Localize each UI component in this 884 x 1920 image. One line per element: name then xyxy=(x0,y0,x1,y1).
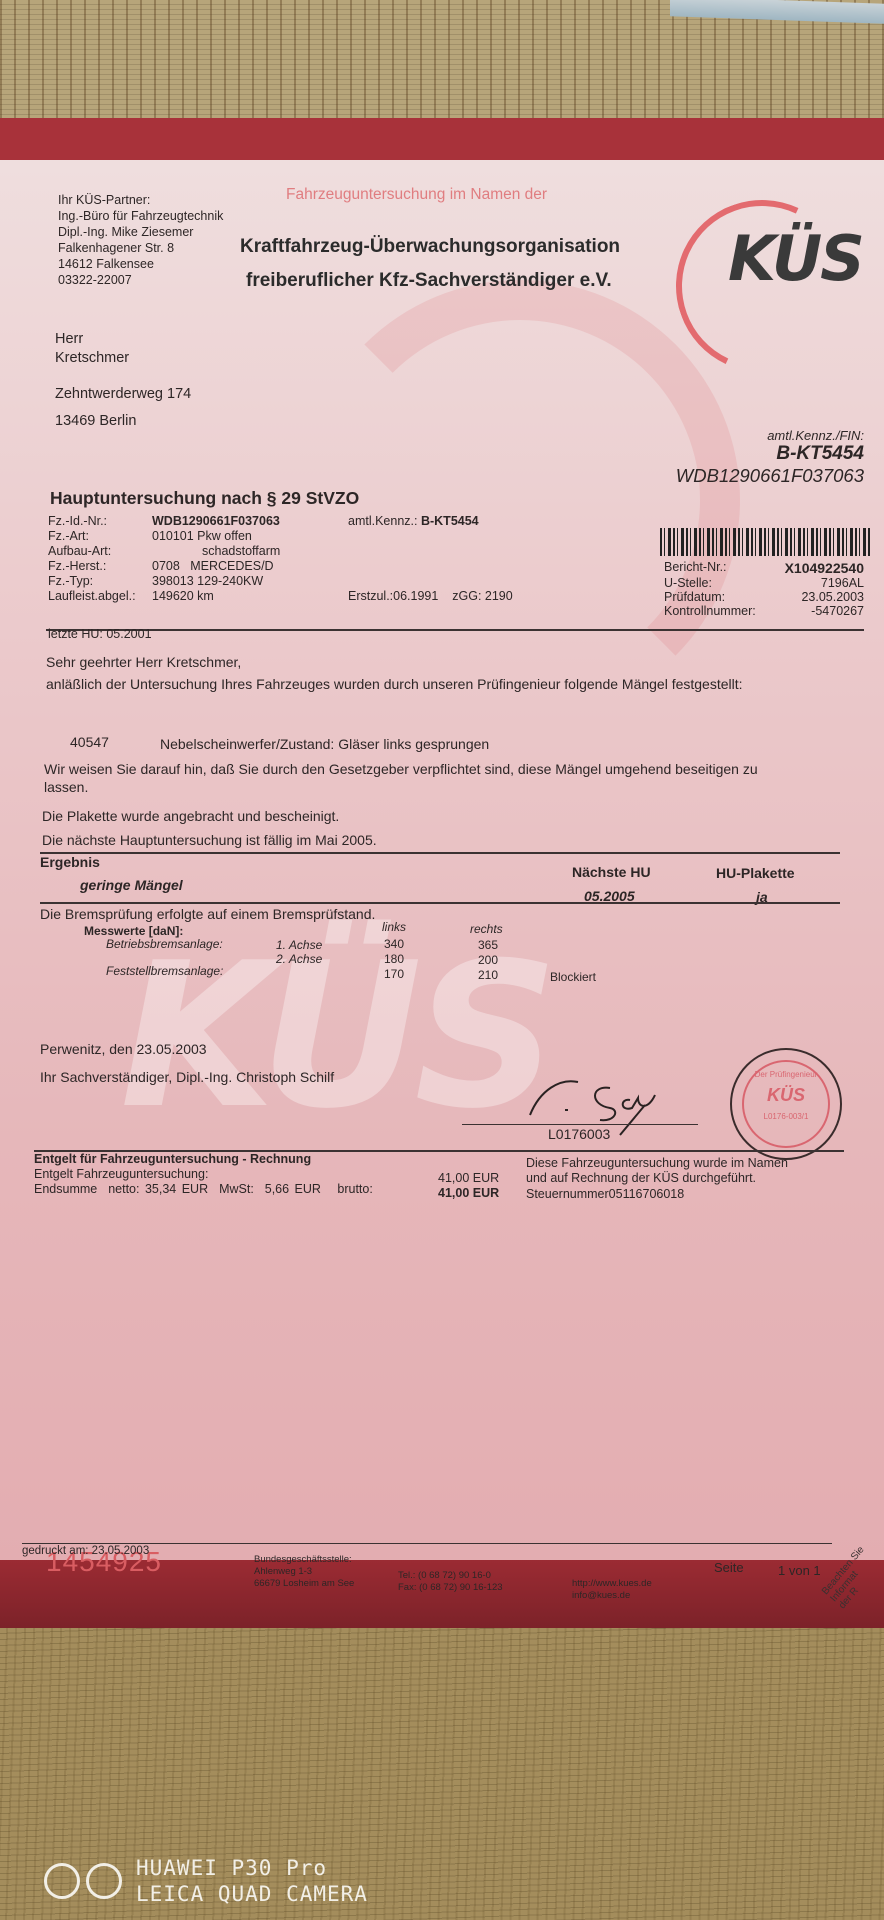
plakette-label: HU-Plakette xyxy=(716,864,795,882)
gross-weight-value: 2190 xyxy=(485,589,513,603)
partner-block: Ihr KÜS-Partner: Ing.-Büro für Fahrzeugt… xyxy=(58,192,223,288)
expert-name: Ihr Sachverständiger, Dipl.-Ing. Christo… xyxy=(40,1068,334,1086)
barcode-icon xyxy=(660,528,872,556)
vat-value: 5,66 EUR xyxy=(265,1182,321,1196)
office-web: http://www.kues.de info@kues.de xyxy=(572,1578,652,1602)
letter-greeting: Sehr geehrter Herr Kretschmer, xyxy=(46,653,241,671)
report-label: Prüfdatum: xyxy=(664,590,725,604)
next-hu-label: Nächste HU xyxy=(572,863,651,881)
vehicle-row-label: Fz.-Herst.: xyxy=(48,559,152,574)
brake-measure-label: Messwerte [daN]: xyxy=(84,924,183,938)
report-value: -5470267 xyxy=(811,604,864,618)
vehicle-reference: amtl.Kennz./FIN: B-KT5454 WDB1290661F037… xyxy=(676,428,864,487)
vehicle-row: Fz.-Id.-Nr.: WDB1290661F037063 amtl.Kenn… xyxy=(48,514,513,529)
report-value: 7196AL xyxy=(821,576,864,590)
recipient-street: Zehntwerderweg 174 xyxy=(55,385,191,404)
report-label: Bericht-Nr.: xyxy=(664,560,727,576)
result-value: geringe Mängel xyxy=(80,876,183,894)
sum-label: Endsumme xyxy=(34,1182,97,1196)
invoice-fee-value: 41,00 EUR xyxy=(438,1171,499,1185)
camera-model: HUAWEI P30 Pro xyxy=(136,1855,368,1881)
brake-system: Feststellbremsanlage: xyxy=(106,964,223,978)
recipient-salutation: Herr xyxy=(55,330,191,349)
vehicle-row: Laufleist.abgel.: 149620 km Erstzul.:06.… xyxy=(48,589,513,604)
invoice-title: Entgelt für Fahrzeuguntersuchung - Rechn… xyxy=(34,1152,311,1166)
brake-right-value: 365 xyxy=(478,938,498,952)
defect-code: 40547 xyxy=(70,733,109,751)
report-row: U-Stelle:7196AL xyxy=(664,576,864,590)
camera-lens: LEICA QUAD CAMERA xyxy=(136,1881,368,1907)
recipient-city: 13469 Berlin xyxy=(55,412,191,431)
vehicle-row: Fz.-Herst.: 0708 MERCEDES/D xyxy=(48,559,513,574)
office-address: Bundesgeschäftsstelle: Ahlenweg 1-3 6667… xyxy=(254,1554,354,1590)
org-name-line1: Kraftfahrzeug-Überwachungsorganisation xyxy=(240,236,620,258)
footer-divider xyxy=(22,1543,832,1544)
camera-ring-icon xyxy=(44,1863,80,1899)
vehicle-row-value: WDB1290661F037063 xyxy=(152,514,348,529)
brake-col-right: rechts xyxy=(470,922,503,936)
partner-line: 03322-22007 xyxy=(58,272,223,288)
office-phone: Tel.: (0 68 72) 90 16-0 Fax: (0 68 72) 9… xyxy=(398,1570,503,1594)
plakette-note: Die Plakette wurde angebracht und besche… xyxy=(42,807,339,825)
invoice-sum-row: Endsumme netto: 35,34 EUR MwSt: 5,66 EUR… xyxy=(34,1182,373,1196)
org-name-line2: freiberuflicher Kfz-Sachverständiger e.V… xyxy=(246,270,612,292)
vehicle-row: Fz.-Typ: 398013 129-240KW xyxy=(48,574,513,589)
gauge-watermark-icon xyxy=(300,280,740,720)
fax: Fax: (0 68 72) 90 16-123 xyxy=(398,1582,503,1594)
brake-left-value: 170 xyxy=(384,967,404,981)
vehicle-row-label: Aufbau-Art: xyxy=(48,544,152,559)
website-link[interactable]: http://www.kues.de xyxy=(572,1578,652,1590)
gross-weight-label: zGG: xyxy=(452,589,481,603)
brake-right-value: 200 xyxy=(478,953,498,967)
net-value: 35,34 EUR xyxy=(145,1182,208,1196)
camera-watermark: HUAWEI P30 Pro LEICA QUAD CAMERA xyxy=(44,1855,368,1907)
vehicle-ref-label: amtl.Kennz./FIN: xyxy=(676,428,864,443)
last-hu: letzte HU: 05.2001 xyxy=(48,627,152,642)
defect-text: Nebelscheinwerfer/Zustand: Gläser links … xyxy=(160,735,489,753)
result-label: Ergebnis xyxy=(40,853,100,871)
plate-value: B-KT5454 xyxy=(421,514,479,528)
brake-axle: 2. Achse xyxy=(276,952,322,966)
report-label: U-Stelle: xyxy=(664,576,712,590)
inspection-report-document: KÜS Ihr KÜS-Partner: Ing.-Büro für Fahrz… xyxy=(0,160,884,1560)
page-label: Seite xyxy=(714,1560,744,1575)
header-tagline: Fahrzeuguntersuchung im Namen der xyxy=(286,186,547,204)
vehicle-row-value: 398013 129-240KW xyxy=(152,574,348,589)
page-number: 1 von 1 xyxy=(778,1563,821,1578)
vehicle-row-value: 0708 MERCEDES/D xyxy=(152,559,348,574)
brake-left-value: 180 xyxy=(384,952,404,966)
camera-ring-icon xyxy=(86,1863,122,1899)
printed-date: gedruckt am: 23.05.2003 xyxy=(22,1545,149,1557)
brake-intro: Die Bremsprüfung erfolgte auf einem Brem… xyxy=(40,905,375,923)
vehicle-row: Aufbau-Art: schadstoffarm xyxy=(48,544,513,559)
vehicle-data: Fz.-Id.-Nr.: WDB1290661F037063 amtl.Kenn… xyxy=(48,514,513,604)
divider xyxy=(40,902,840,904)
vehicle-row-value: 010101 Pkw offen xyxy=(152,529,348,544)
kues-logo: KÜS xyxy=(728,222,863,295)
expert-id: L0176003 xyxy=(548,1125,610,1143)
stamp-top-text: Der Prüfingenieur xyxy=(744,1070,828,1079)
divider xyxy=(40,852,840,854)
brake-left-value: 340 xyxy=(384,937,404,951)
recipient-address: Herr Kretschmer Zehntwerderweg 174 13469… xyxy=(55,330,191,431)
invoice-note-line1: Diese Fahrzeuguntersuchung wurde im Name… xyxy=(526,1156,788,1170)
phone: Tel.: (0 68 72) 90 16-0 xyxy=(398,1570,503,1582)
office-city: 66679 Losheim am See xyxy=(254,1578,354,1590)
stamp-center-text: KÜS xyxy=(744,1085,828,1106)
letter-intro: anläßlich der Untersuchung Ihres Fahrzeu… xyxy=(46,675,786,693)
net-label: netto: xyxy=(108,1182,139,1196)
brake-col-left: links xyxy=(382,920,406,934)
gross-label: brutto: xyxy=(337,1182,372,1196)
stamp-bottom-text: L0176-003/1 xyxy=(744,1112,828,1121)
vehicle-row-label: Laufleist.abgel.: xyxy=(48,589,152,604)
brake-note: Blockiert xyxy=(550,970,596,984)
partner-line: Dipl.-Ing. Mike Ziesemer xyxy=(58,224,223,240)
invoice-gross-value: 41,00 EUR xyxy=(438,1186,499,1200)
office-label: Bundesgeschäftsstelle: xyxy=(254,1554,354,1566)
next-hu-note: Die nächste Hauptuntersuchung ist fällig… xyxy=(42,831,377,849)
brake-axle: 1. Achse xyxy=(276,938,322,952)
invoice-fee-label: Entgelt Fahrzeuguntersuchung: xyxy=(34,1167,208,1181)
report-info: Bericht-Nr.:X104922540 U-Stelle:7196AL P… xyxy=(664,560,864,618)
first-registration-label: Erstzul.: xyxy=(348,589,393,603)
report-label: Kontrollnummer: xyxy=(664,604,756,618)
vat-label: MwSt: xyxy=(219,1182,254,1196)
tax-number: Steuernummer05116706018 xyxy=(526,1187,684,1201)
document-title: Hauptuntersuchung nach § 29 StVZO xyxy=(50,488,359,509)
partner-line: Ing.-Büro für Fahrzeugtechnik xyxy=(58,208,223,224)
partner-label: Ihr KÜS-Partner: xyxy=(58,192,223,208)
report-value: 23.05.2003 xyxy=(801,590,864,604)
letter-notice: Wir weisen Sie darauf hin, daß Sie durch… xyxy=(44,760,804,796)
brake-right-value: 210 xyxy=(478,968,498,982)
plate-label: amtl.Kennz.: xyxy=(348,514,417,528)
stamp-ring: Der Prüfingenieur KÜS L0176-003/1 xyxy=(742,1060,830,1148)
vehicle-row-label: Fz.-Id.-Nr.: xyxy=(48,514,152,529)
vehicle-ref-plate: B-KT5454 xyxy=(676,443,864,465)
vehicle-row-label: Fz.-Art: xyxy=(48,529,152,544)
report-row: Bericht-Nr.:X104922540 xyxy=(664,560,864,576)
vehicle-row-value: schadstoffarm xyxy=(152,544,348,559)
vehicle-row-label: Fz.-Typ: xyxy=(48,574,152,589)
vehicle-ref-vin: WDB1290661F037063 xyxy=(676,465,864,487)
partner-line: 14612 Falkensee xyxy=(58,256,223,272)
official-stamp: Der Prüfingenieur KÜS L0176-003/1 xyxy=(730,1048,842,1160)
first-registration-value: 06.1991 xyxy=(393,589,438,603)
recipient-name: Kretschmer xyxy=(55,349,191,368)
partner-line: Falkenhagener Str. 8 xyxy=(58,240,223,256)
invoice-note-line2: und auf Rechnung der KÜS durchgeführt. xyxy=(526,1171,756,1185)
brake-system: Betriebsbremsanlage: xyxy=(106,937,223,951)
divider xyxy=(46,629,864,631)
report-row: Kontrollnummer:-5470267 xyxy=(664,604,864,618)
place-date: Perwenitz, den 23.05.2003 xyxy=(40,1040,207,1058)
vehicle-row: Fz.-Art: 010101 Pkw offen xyxy=(48,529,513,544)
office-street: Ahlenweg 1-3 xyxy=(254,1566,354,1578)
vehicle-row-value: 149620 km xyxy=(152,589,348,604)
report-row: Prüfdatum:23.05.2003 xyxy=(664,590,864,604)
report-number: X104922540 xyxy=(785,560,864,576)
email-link[interactable]: info@kues.de xyxy=(572,1590,652,1602)
